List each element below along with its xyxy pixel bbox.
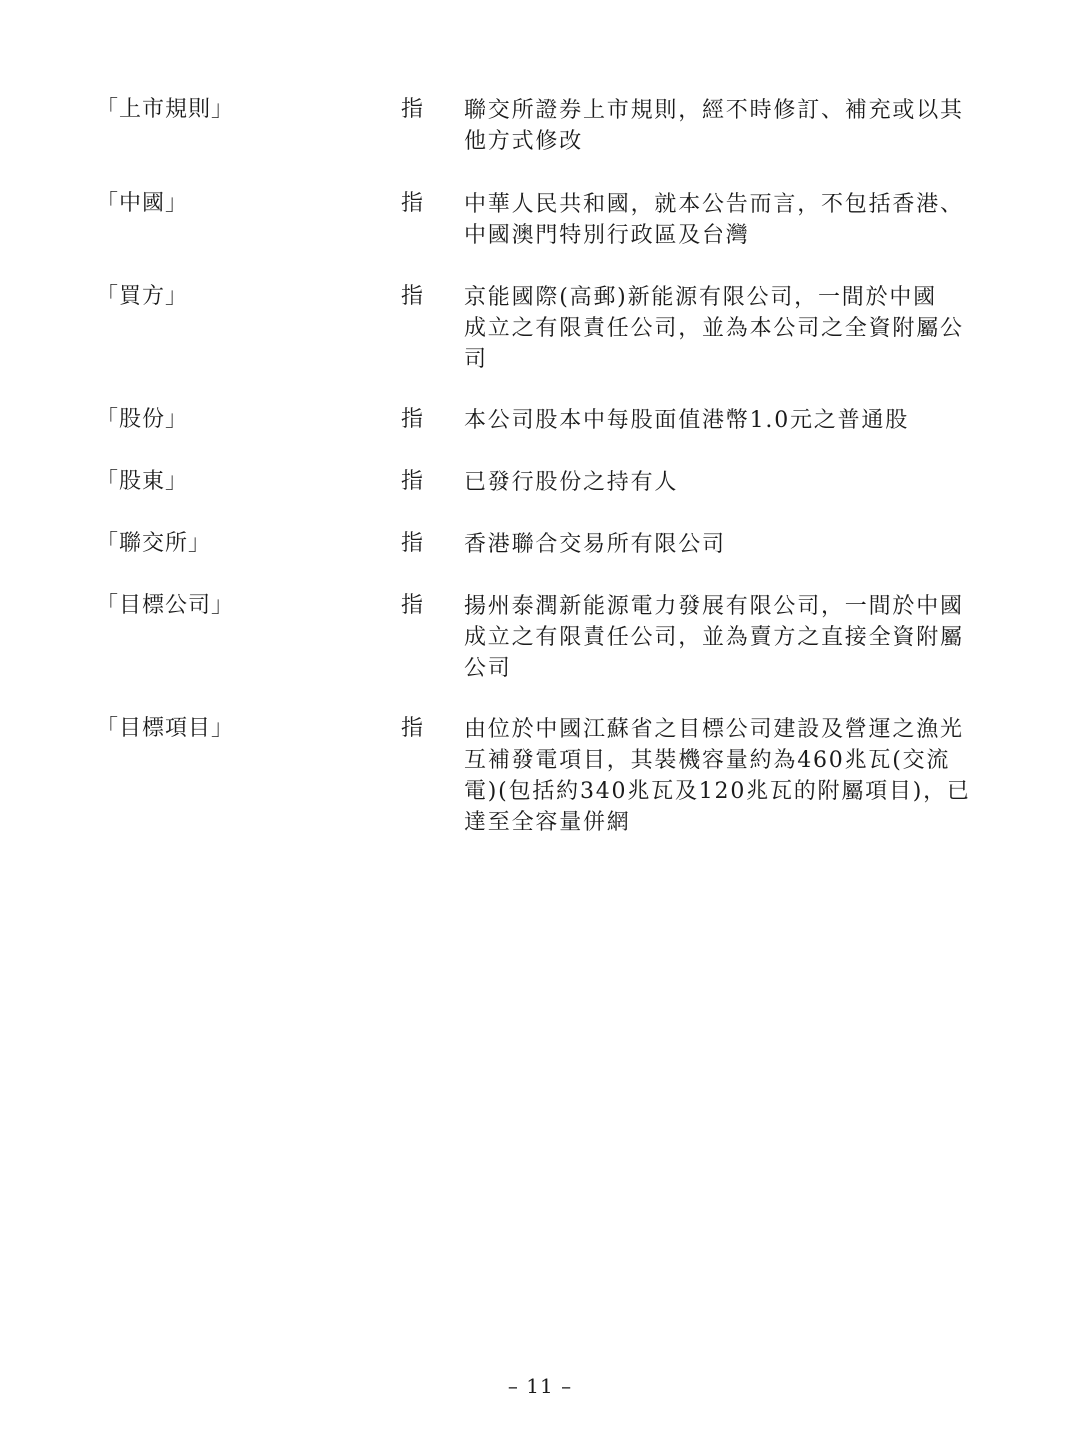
definition-term: 「股東」	[96, 467, 188, 497]
definition-line: 達至全容量併網	[464, 807, 980, 838]
definition-term: 「上市規則」	[96, 95, 234, 125]
definition-means-label: 指	[401, 467, 423, 497]
definition-line: 香港聯合交易所有限公司	[464, 529, 980, 560]
definition-line: 中華人民共和國，就本公告而言，不包括香港、	[464, 189, 980, 220]
page-number: – 11 –	[0, 1374, 1080, 1398]
definition-text: 由位於中國江蘇省之目標公司建設及營運之漁光 互補發電項目，其裝機容量約為460兆…	[464, 714, 980, 838]
definition-text: 中華人民共和國，就本公告而言，不包括香港、 中國澳門特別行政區及台灣	[464, 189, 980, 251]
definition-line: 互補發電項目，其裝機容量約為460兆瓦(交流	[464, 745, 980, 776]
definition-line: 本公司股本中每股面值港幣1.0元之普通股	[464, 405, 980, 436]
definition-means-label: 指	[401, 189, 423, 219]
definition-means-label: 指	[401, 529, 423, 559]
definition-term: 「中國」	[96, 189, 188, 219]
definition-line: 京能國際(高郵)新能源有限公司，一間於中國	[464, 282, 980, 313]
definition-line: 司	[464, 344, 980, 375]
definition-means-label: 指	[401, 714, 423, 744]
definition-line: 聯交所證券上市規則，經不時修訂、補充或以其	[464, 95, 980, 126]
definition-text: 揚州泰潤新能源電力發展有限公司，一間於中國 成立之有限責任公司，並為賣方之直接全…	[464, 591, 980, 684]
definition-line: 他方式修改	[464, 126, 980, 157]
definition-text: 香港聯合交易所有限公司	[464, 529, 980, 560]
definition-text: 京能國際(高郵)新能源有限公司，一間於中國 成立之有限責任公司，並為本公司之全資…	[464, 282, 980, 375]
definition-line: 成立之有限責任公司，並為賣方之直接全資附屬	[464, 622, 980, 653]
definition-means-label: 指	[401, 591, 423, 621]
definition-means-label: 指	[401, 95, 423, 125]
definition-line: 成立之有限責任公司，並為本公司之全資附屬公	[464, 313, 980, 344]
definition-line: 由位於中國江蘇省之目標公司建設及營運之漁光	[464, 714, 980, 745]
definition-means-label: 指	[401, 282, 423, 312]
definition-text: 本公司股本中每股面值港幣1.0元之普通股	[464, 405, 980, 436]
definition-term: 「目標公司」	[96, 591, 234, 621]
document-page: 「上市規則」 指 聯交所證券上市規則，經不時修訂、補充或以其 他方式修改 「中國…	[0, 0, 1080, 1440]
definition-line: 電)(包括約340兆瓦及120兆瓦的附屬項目)，已	[464, 776, 980, 807]
definition-term: 「買方」	[96, 282, 188, 312]
definition-text: 已發行股份之持有人	[464, 467, 980, 498]
definition-line: 揚州泰潤新能源電力發展有限公司，一間於中國	[464, 591, 980, 622]
definition-line: 公司	[464, 653, 980, 684]
definition-term: 「聯交所」	[96, 529, 211, 559]
definition-line: 已發行股份之持有人	[464, 467, 980, 498]
definition-text: 聯交所證券上市規則，經不時修訂、補充或以其 他方式修改	[464, 95, 980, 157]
definition-term: 「目標項目」	[96, 714, 234, 744]
definition-line: 中國澳門特別行政區及台灣	[464, 220, 980, 251]
definition-means-label: 指	[401, 405, 423, 435]
definition-term: 「股份」	[96, 405, 188, 435]
